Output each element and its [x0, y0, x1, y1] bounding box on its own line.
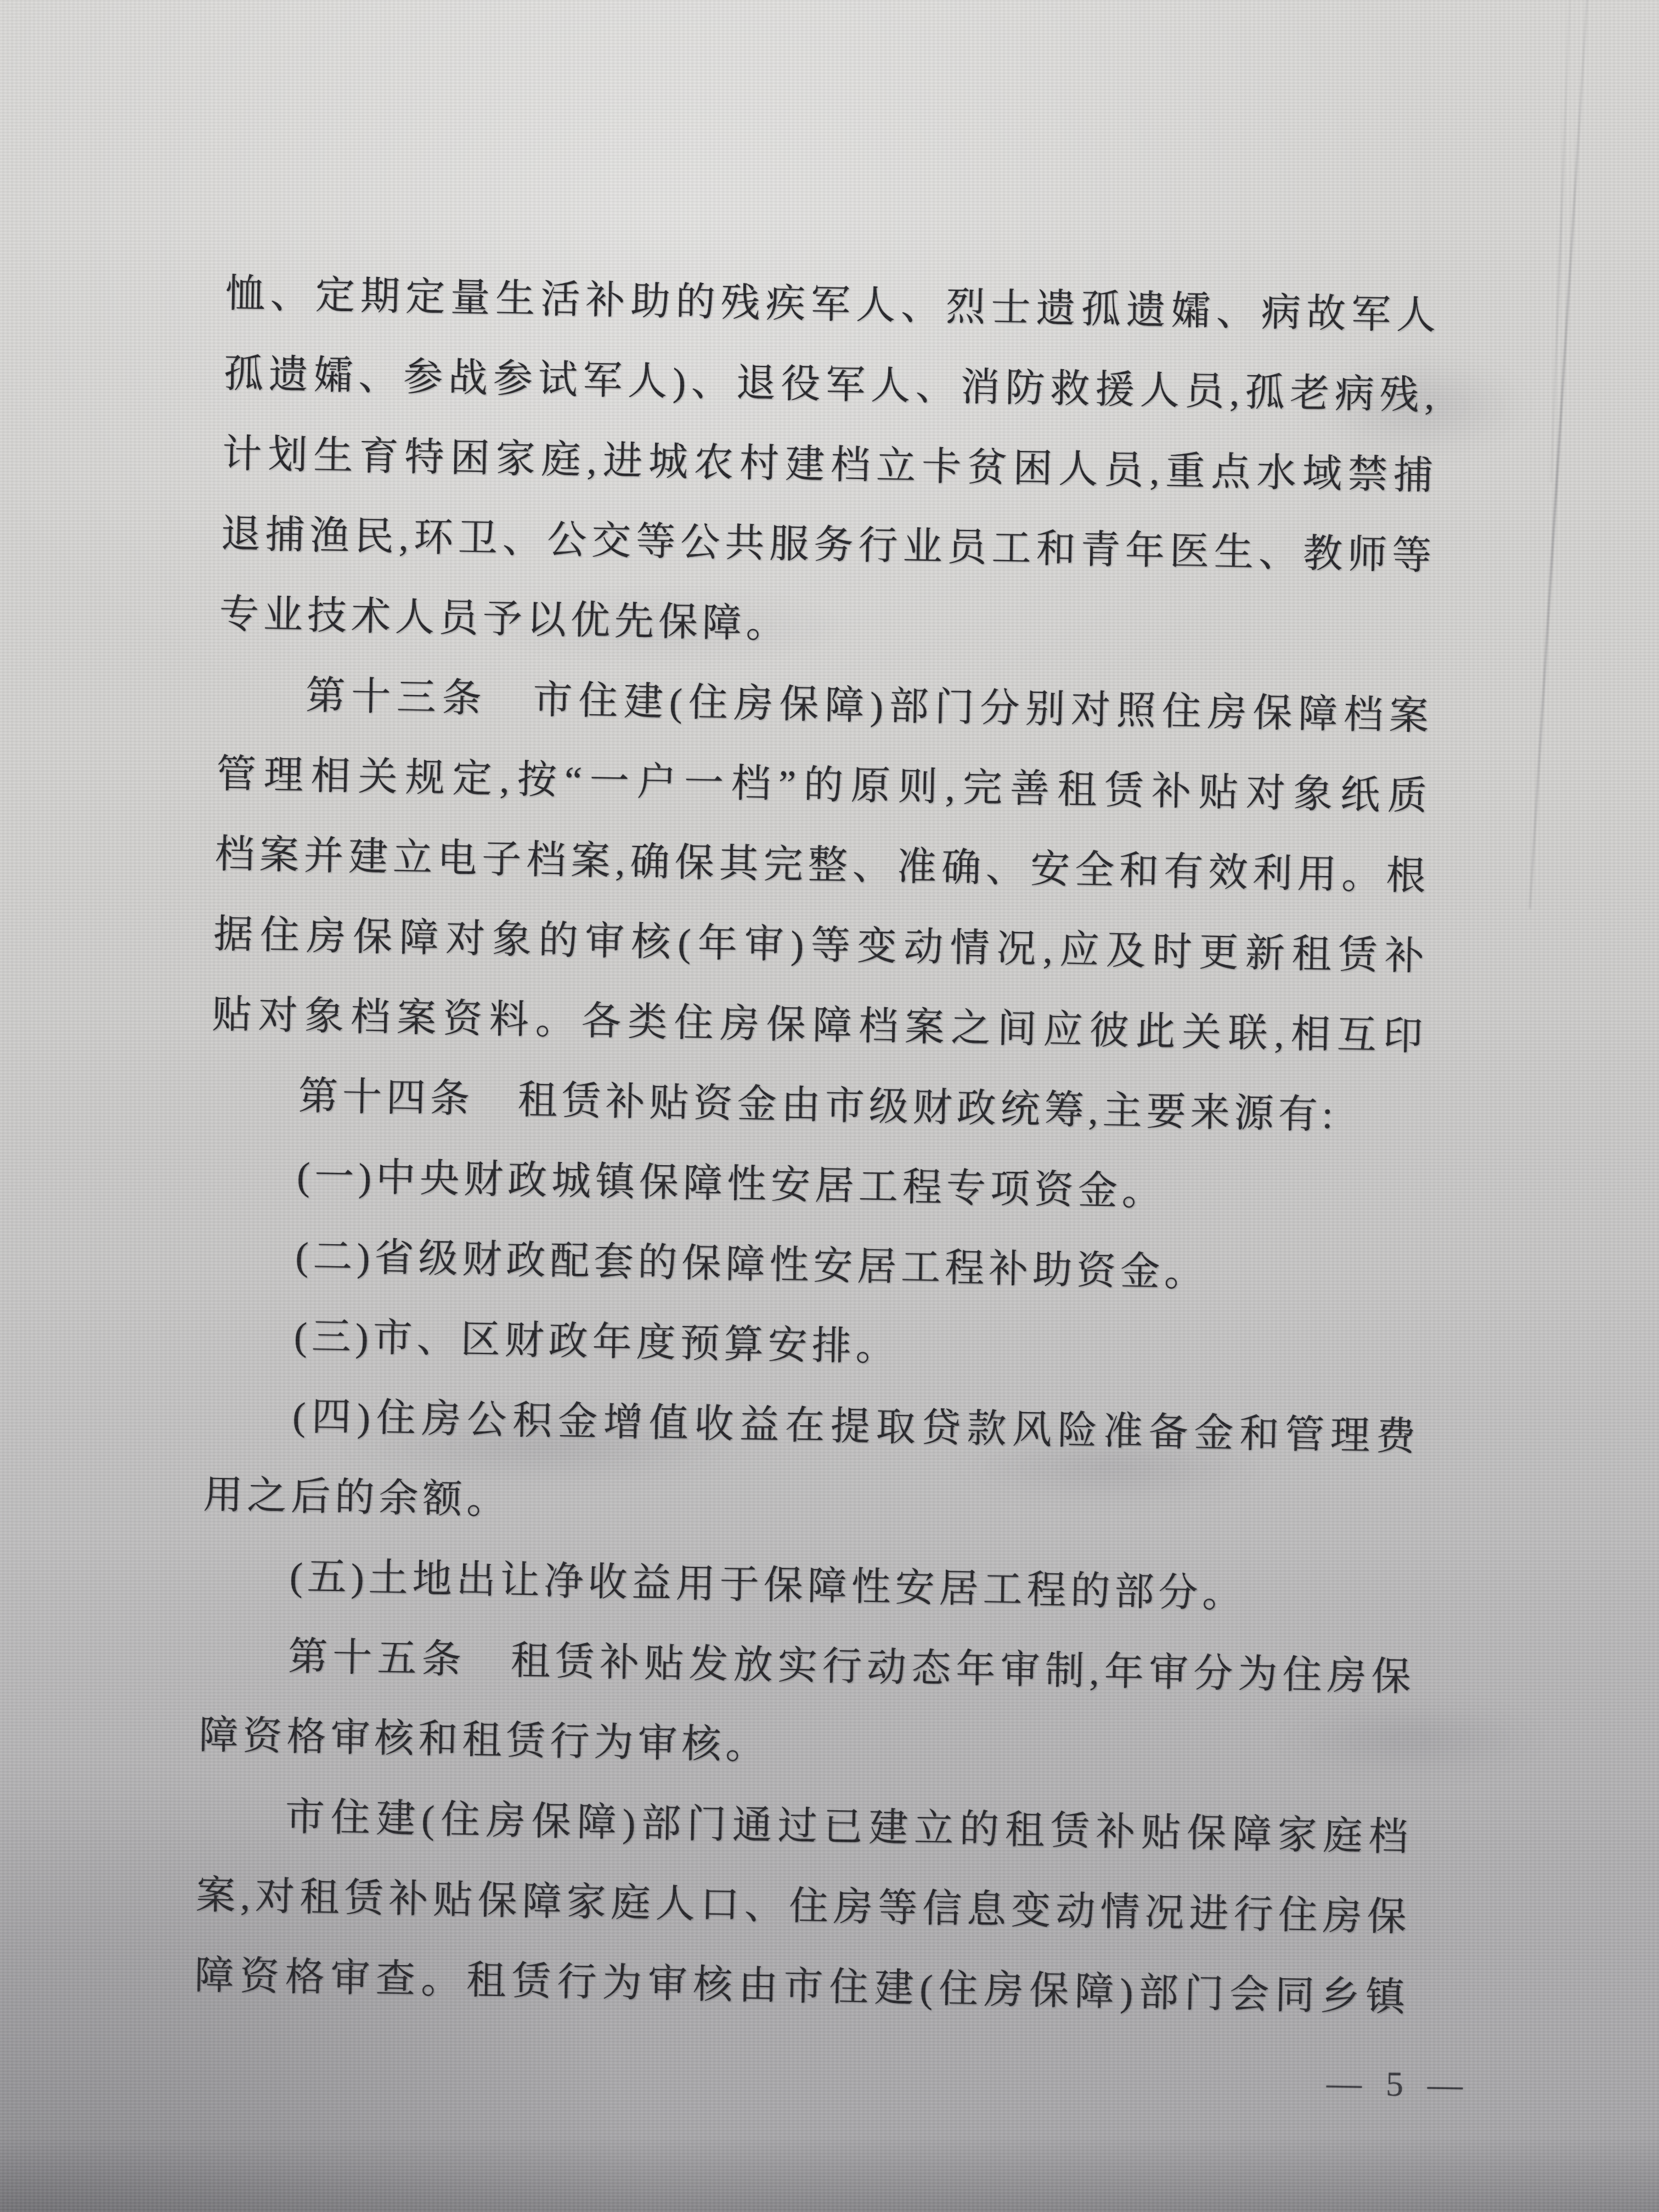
photo-bottom-shadow [0, 2135, 1659, 2212]
page-number: — 5 — [1326, 2063, 1470, 2106]
document-text-block: 恤、定期定量生活补助的残疾军人、烈士遗孤遗孀、病故军人遗孤遗孀、参战参试军人)、… [194, 253, 1441, 2038]
paper-crease-line [1529, 0, 1589, 909]
photographed-document-page: 恤、定期定量生活补助的残疾军人、烈士遗孤遗孀、病故军人遗孤遗孀、参战参试军人)、… [0, 0, 1659, 2212]
